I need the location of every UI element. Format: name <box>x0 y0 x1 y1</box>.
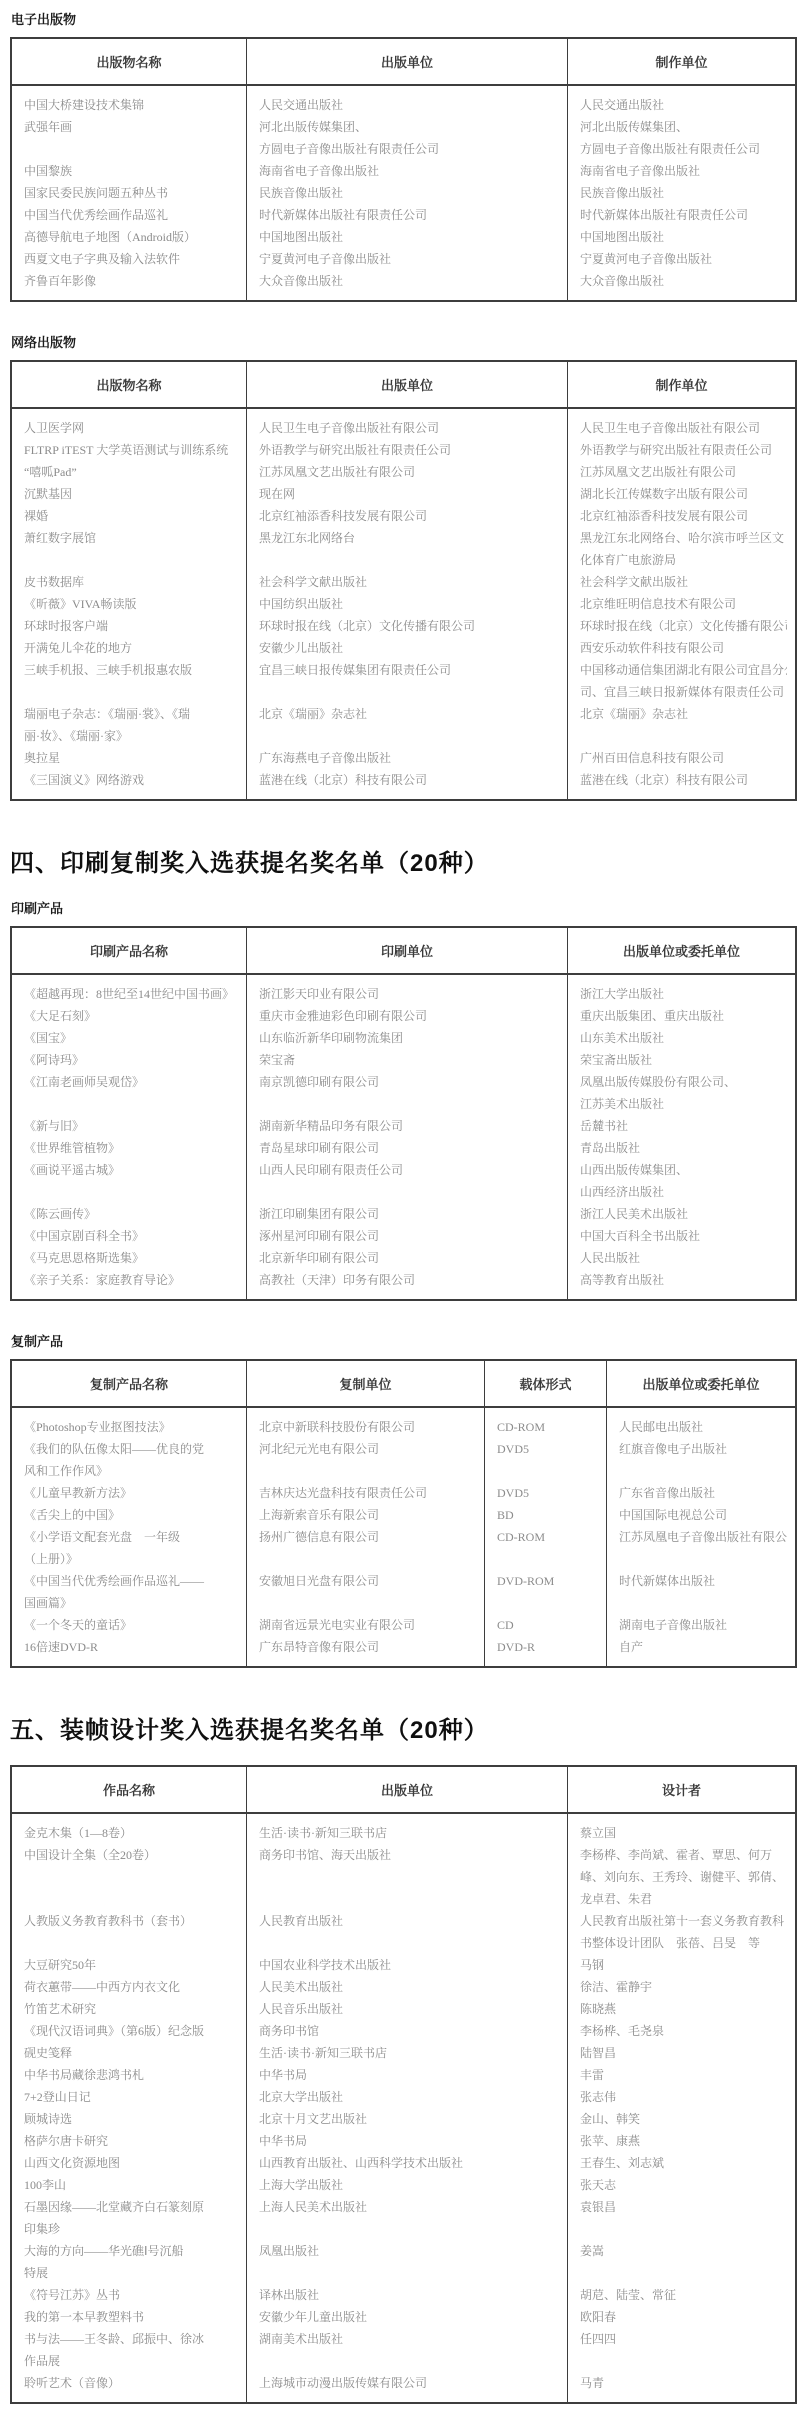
table-line: 环球时报在线（北京）文化传播有限公司 <box>580 615 787 637</box>
column-header: 出版单位或委托单位 <box>568 927 797 974</box>
table-line <box>619 1548 787 1570</box>
table-line: 化体育广电旅游局 <box>580 549 787 571</box>
table-line: 商务印书馆 <box>259 2020 559 2042</box>
table-line <box>259 1093 559 1115</box>
table-line: 高教社（天津）印务有限公司 <box>259 1269 559 1291</box>
table-line <box>259 1866 559 1888</box>
section-label-replication-products: 复制产品 <box>11 1331 800 1350</box>
table-cell: 《超越再现：8世纪至14世纪中国书画》《大足石刻》《国宝》《阿诗玛》《江南老画师… <box>11 974 247 1300</box>
table-line: 时代新媒体出版社 <box>619 1570 787 1592</box>
table-line <box>24 1093 238 1115</box>
table-line: 《江南老画师吴观岱》 <box>24 1071 238 1093</box>
table-line <box>497 1460 598 1482</box>
table-line: 江苏凤凰文艺出版社有限公司 <box>580 461 787 483</box>
table-line: 金山、韩笑 <box>580 2108 787 2130</box>
section-label-electronic-publications: 电子出版物 <box>11 9 800 28</box>
section-label-online-publications: 网络出版物 <box>11 332 800 351</box>
table-line: 中国大桥建设技术集锦 <box>24 94 238 116</box>
table-line: 山东美术出版社 <box>580 1027 787 1049</box>
column-header: 复制产品名称 <box>11 1360 247 1407</box>
table-line: 商务印书馆、海天出版社 <box>259 1844 559 1866</box>
table-line: 岳麓书社 <box>580 1115 787 1137</box>
table-line <box>24 138 238 160</box>
table-line: 河北出版传媒集团、 <box>580 116 787 138</box>
table-line: 人民教育出版社 <box>259 1910 559 1932</box>
table-line: 徐洁、霍静宇 <box>580 1976 787 1998</box>
table-header-row: 复制产品名称复制单位载体形式出版单位或委托单位 <box>11 1360 796 1407</box>
table-line <box>619 1592 787 1614</box>
table-line: 大众音像出版社 <box>259 270 559 292</box>
table-line: 湖南电子音像出版社 <box>619 1614 787 1636</box>
table-line: 瑞丽电子杂志：《瑞丽·裳》、《瑞 <box>24 703 238 725</box>
table-line <box>24 1932 238 1954</box>
table-line: 100李山 <box>24 2174 238 2196</box>
table-line: BD <box>497 1504 598 1526</box>
table-line: 金克木集（1—8卷） <box>24 1822 238 1844</box>
table-line: 中国大百科全书出版社 <box>580 1225 787 1247</box>
table-line: “嘻呱Pad” <box>24 461 238 483</box>
table-line: 《符号江苏》丛书 <box>24 2284 238 2306</box>
section-label-print-products: 印刷产品 <box>11 898 800 917</box>
table-line: 山西人民印刷有限责任公司 <box>259 1159 559 1181</box>
table-line: 胡苨、陆莹、常征 <box>580 2284 787 2306</box>
table-line: 生活·读书·新知三联书店 <box>259 1822 559 1844</box>
table-header-row: 作品名称出版单位设计者 <box>11 1766 796 1813</box>
table-line: 中国当代优秀绘画作品巡礼 <box>24 204 238 226</box>
table-cell: 生活·读书·新知三联书店商务印书馆、海天出版社 人民教育出版社 中国农业科学技术… <box>247 1813 568 2403</box>
table-line: 安徽旭日光盘有限公司 <box>259 1570 476 1592</box>
table-line: 山西经济出版社 <box>580 1181 787 1203</box>
table-line: 欧阳春 <box>580 2306 787 2328</box>
table-line: 《三国演义》网络游戏 <box>24 769 238 791</box>
column-header: 出版单位 <box>247 38 568 85</box>
table-line <box>24 1181 238 1203</box>
table-line: 16倍速DVD-R <box>24 1636 238 1658</box>
table-line: 现在网 <box>259 483 559 505</box>
table-line: 张志伟 <box>580 2086 787 2108</box>
table-line: 环球时报客户端 <box>24 615 238 637</box>
table-line: 姜嵩 <box>580 2240 787 2262</box>
table-line: 印集珍 <box>24 2218 238 2240</box>
table-line: 红旗音像电子出版社 <box>619 1438 787 1460</box>
table-line: 山西教育出版社、山西科学技术出版社 <box>259 2152 559 2174</box>
table-line: 马青 <box>580 2372 787 2394</box>
table-line: DVD5 <box>497 1482 598 1504</box>
table-line <box>497 1548 598 1570</box>
table-line: 宜昌三峡日报传媒集团有限责任公司 <box>259 659 559 681</box>
table-line: 任四四 <box>580 2328 787 2350</box>
table-cell: 中国大桥建设技术集锦武强年画 中国黎族国家民委民族问题五种丛书中国当代优秀绘画作… <box>11 85 247 301</box>
table-line: 《中国京剧百科全书》 <box>24 1225 238 1247</box>
table-line: 高等教育出版社 <box>580 1269 787 1291</box>
table-line: 广东省音像出版社 <box>619 1482 787 1504</box>
table-line: 社会科学文献出版社 <box>580 571 787 593</box>
table-line: 《亲子关系：家庭教育导论》 <box>24 1269 238 1291</box>
table-cell: 人卫医学网FLTRP iTEST 大学英语测试与训练系统“嘻呱Pad”沉默基因裸… <box>11 408 247 800</box>
table-line: 湖南美术出版社 <box>259 2328 559 2350</box>
table-line: 张苹、康燕 <box>580 2130 787 2152</box>
table-line: 《现代汉语词典》（第6版）纪念版 <box>24 2020 238 2042</box>
table-line <box>619 1460 787 1482</box>
table-cell: 人民卫生电子音像出版社有限公司外语教学与研究出版社有限责任公司江苏凤凰文艺出版社… <box>568 408 797 800</box>
table-line: 民族音像出版社 <box>580 182 787 204</box>
table-line: 龙卓君、朱君 <box>580 1888 787 1910</box>
table-line: 湖南新华精品印务有限公司 <box>259 1115 559 1137</box>
table-line: 《国宝》 <box>24 1027 238 1049</box>
table-line <box>580 2350 787 2372</box>
table-line: DVD-R <box>497 1636 598 1658</box>
table-line: 湖北长江传媒数字出版有限公司 <box>580 483 787 505</box>
table-line: 人教版义务教育教科书（套书） <box>24 1910 238 1932</box>
table-line <box>259 1888 559 1910</box>
table-line: 三峡手机报、三峡手机报惠农版 <box>24 659 238 681</box>
table-line: 青岛星球印刷有限公司 <box>259 1137 559 1159</box>
table-line: 《画说平遥古城》 <box>24 1159 238 1181</box>
table-cell: 金克木集（1—8卷）中国设计全集（全20卷） 人教版义务教育教科书（套书） 大豆… <box>11 1813 247 2403</box>
table-line: 社会科学文献出版社 <box>259 571 559 593</box>
table-line: 王春生、刘志斌 <box>580 2152 787 2174</box>
table-line: 安徽少年儿童出版社 <box>259 2306 559 2328</box>
table-line <box>580 2218 787 2240</box>
table-line <box>259 2218 559 2240</box>
table-line: 人民美术出版社 <box>259 1976 559 1998</box>
table-line: DVD-ROM <box>497 1570 598 1592</box>
column-header: 出版单位或委托单位 <box>607 1360 797 1407</box>
table-line: 格萨尔唐卡研究 <box>24 2130 238 2152</box>
table-line: 涿州星河印刷有限公司 <box>259 1225 559 1247</box>
table-line: 西夏文电子字典及输入法软件 <box>24 248 238 270</box>
table-cell: 人民邮电出版社红旗音像电子出版社 广东省音像出版社中国国际电视总公司江苏凤凰电子… <box>607 1407 797 1667</box>
table-line: 宁夏黄河电子音像出版社 <box>259 248 559 270</box>
table-line: 风和工作作风》 <box>24 1460 238 1482</box>
table-line: 特展 <box>24 2262 238 2284</box>
table-header-row: 出版物名称出版单位制作单位 <box>11 361 796 408</box>
table-line: FLTRP iTEST 大学英语测试与训练系统 <box>24 439 238 461</box>
electronic-publications-table: 出版物名称出版单位制作单位中国大桥建设技术集锦武强年画 中国黎族国家民委民族问题… <box>10 37 797 302</box>
table-line <box>497 1592 598 1614</box>
table-line: 蔡立国 <box>580 1822 787 1844</box>
column-header: 出版单位 <box>247 361 568 408</box>
table-line: 张天志 <box>580 2174 787 2196</box>
table-header-row: 印刷产品名称印刷单位出版单位或委托单位 <box>11 927 796 974</box>
table-line: 《小学语文配套光盘 一年级 <box>24 1526 238 1548</box>
table-line: 《新与旧》 <box>24 1115 238 1137</box>
table-line: 7+2登山日记 <box>24 2086 238 2108</box>
column-header: 印刷单位 <box>247 927 568 974</box>
table-line: 李杨桦、毛尧泉 <box>580 2020 787 2042</box>
binding-design-table: 作品名称出版单位设计者金克木集（1—8卷）中国设计全集（全20卷） 人教版义务教… <box>10 1765 797 2404</box>
table-line: 北京十月文艺出版社 <box>259 2108 559 2130</box>
table-line: 奥拉星 <box>24 747 238 769</box>
table-line: 《马克思恩格斯选集》 <box>24 1247 238 1269</box>
column-header: 复制单位 <box>247 1360 485 1407</box>
table-line: 山西出版传媒集团、 <box>580 1159 787 1181</box>
column-header: 设计者 <box>568 1766 797 1813</box>
table-cell: 人民交通出版社河北出版传媒集团、方圆电子音像出版社有限责任公司海南省电子音像出版… <box>247 85 568 301</box>
table-line: 河北纪元光电有限公司 <box>259 1438 476 1460</box>
column-header: 载体形式 <box>485 1360 607 1407</box>
table-line: 中国纺织出版社 <box>259 593 559 615</box>
table-line: 砚史笺释 <box>24 2042 238 2064</box>
table-line: 人民交通出版社 <box>580 94 787 116</box>
table-line: CD-ROM <box>497 1416 598 1438</box>
table-line: 荣宝斋出版社 <box>580 1049 787 1071</box>
print-products-table: 印刷产品名称印刷单位出版单位或委托单位《超越再现：8世纪至14世纪中国书画》《大… <box>10 926 797 1301</box>
table-line: 顾城诗选 <box>24 2108 238 2130</box>
table-line: 北京《瑞丽》杂志社 <box>259 703 559 725</box>
table-line: 扬州广德信息有限公司 <box>259 1526 476 1548</box>
table-line: 裸婚 <box>24 505 238 527</box>
table-line: 时代新媒体出版社有限责任公司 <box>259 204 559 226</box>
table-line: 安徽少儿出版社 <box>259 637 559 659</box>
table-line: 凤凰出版传媒股份有限公司、 <box>580 1071 787 1093</box>
table-line: 李杨桦、李尚斌、霍者、覃思、何万 <box>580 1844 787 1866</box>
table-line: 黑龙江东北网络台、哈尔滨市呼兰区文 <box>580 527 787 549</box>
table-line: 马钢 <box>580 1954 787 1976</box>
column-header: 出版物名称 <box>11 38 247 85</box>
table-line: 国家民委民族问题五种丛书 <box>24 182 238 204</box>
table-line: 青岛出版社 <box>580 1137 787 1159</box>
table-line: 《中国当代优秀绘画作品巡礼—— <box>24 1570 238 1592</box>
table-line: 广东海燕电子音像出版社 <box>259 747 559 769</box>
table-line: 环球时报在线（北京）文化传播有限公司 <box>259 615 559 637</box>
table-line: 书整体设计团队 张蓓、吕旻 等 <box>580 1932 787 1954</box>
table-line: 高德导航电子地图（Android版） <box>24 226 238 248</box>
table-line: 中华书局 <box>259 2130 559 2152</box>
table-line: 人卫医学网 <box>24 417 238 439</box>
table-line: 武强年画 <box>24 116 238 138</box>
table-line: 湖南省远景光电实业有限公司 <box>259 1614 476 1636</box>
table-line: 作品展 <box>24 2350 238 2372</box>
table-line: 西安乐动软件科技有限公司 <box>580 637 787 659</box>
replication-products-table: 复制产品名称复制单位载体形式出版单位或委托单位《Photoshop专业抠图技法》… <box>10 1359 797 1668</box>
table-cell: 《Photoshop专业抠图技法》《我们的队伍像太阳——优良的党风和工作作风》《… <box>11 1407 247 1667</box>
table-line: 《陈云画传》 <box>24 1203 238 1225</box>
table-line: 中华书局藏徐悲鸿书札 <box>24 2064 238 2086</box>
table-row: 金克木集（1—8卷）中国设计全集（全20卷） 人教版义务教育教科书（套书） 大豆… <box>11 1813 796 2403</box>
table-line: 上海人民美术出版社 <box>259 2196 559 2218</box>
table-cell: 人民交通出版社河北出版传媒集团、方圆电子音像出版社有限责任公司海南省电子音像出版… <box>568 85 797 301</box>
heading-print-replication-award: 四、印刷复制奖入选获提名奖名单（20种） <box>10 843 800 878</box>
table-line: 人民交通出版社 <box>259 94 559 116</box>
table-line: 袁银昌 <box>580 2196 787 2218</box>
table-line <box>24 1866 238 1888</box>
table-line: 中华书局 <box>259 2064 559 2086</box>
table-cell: CD-ROMDVD5 DVD5BDCD-ROM DVD-ROM CDDVD-R <box>485 1407 607 1667</box>
table-line: 《我们的队伍像太阳——优良的党 <box>24 1438 238 1460</box>
table-line: 生活·读书·新知三联书店 <box>259 2042 559 2064</box>
table-line: 北京中新联科技股份有限公司 <box>259 1416 476 1438</box>
table-line: 广东昂特音像有限公司 <box>259 1636 476 1658</box>
table-line: 中国移动通信集团湖北有限公司宜昌分公 <box>580 659 787 681</box>
table-line: 中国国际电视总公司 <box>619 1504 787 1526</box>
table-line: 浙江人民美术出版社 <box>580 1203 787 1225</box>
table-line <box>580 2262 787 2284</box>
table-cell: 浙江影天印业有限公司重庆市金雅迪彩色印刷有限公司山东临沂新华印刷物流集团荣宝斋南… <box>247 974 568 1300</box>
table-header-row: 出版物名称出版单位制作单位 <box>11 38 796 85</box>
table-line: 人民卫生电子音像出版社有限公司 <box>580 417 787 439</box>
table-line: 我的第一本早教塑料书 <box>24 2306 238 2328</box>
column-header: 印刷产品名称 <box>11 927 247 974</box>
column-header: 出版单位 <box>247 1766 568 1813</box>
table-line <box>259 2350 559 2372</box>
table-line: 蓝港在线（北京）科技有限公司 <box>580 769 787 791</box>
table-line <box>259 681 559 703</box>
table-line: 书与法——王冬龄、邱振中、徐冰 <box>24 2328 238 2350</box>
table-line <box>259 725 559 747</box>
table-line: 大豆研究50年 <box>24 1954 238 1976</box>
table-line: 石墨因缘——北堂藏齐白石篆刻原 <box>24 2196 238 2218</box>
table-line: 译林出版社 <box>259 2284 559 2306</box>
table-line <box>24 549 238 571</box>
table-line: 外语教学与研究出版社有限责任公司 <box>580 439 787 461</box>
column-header: 制作单位 <box>568 361 797 408</box>
table-cell: 北京中新联科技股份有限公司河北纪元光电有限公司 吉林庆达光盘科技有限责任公司上海… <box>247 1407 485 1667</box>
table-line: 沉默基因 <box>24 483 238 505</box>
table-line: 荷衣蕙带——中西方内衣文化 <box>24 1976 238 1998</box>
column-header: 制作单位 <box>568 38 797 85</box>
table-line: CD-ROM <box>497 1526 598 1548</box>
table-line: 重庆市金雅迪彩色印刷有限公司 <box>259 1005 559 1027</box>
table-line: 皮书数据库 <box>24 571 238 593</box>
table-line <box>259 1932 559 1954</box>
table-line: 《Photoshop专业抠图技法》 <box>24 1416 238 1438</box>
table-line: 外语教学与研究出版社有限责任公司 <box>259 439 559 461</box>
document-page: 电子出版物 出版物名称出版单位制作单位中国大桥建设技术集锦武强年画 中国黎族国家… <box>0 0 800 2432</box>
table-line: 重庆出版集团、重庆出版社 <box>580 1005 787 1027</box>
table-line: 丽·妆》、《瑞丽·家》 <box>24 725 238 747</box>
table-line: 海南省电子音像出版社 <box>580 160 787 182</box>
table-line <box>259 1460 476 1482</box>
table-line: 蓝港在线（北京）科技有限公司 <box>259 769 559 791</box>
table-line: 人民邮电出版社 <box>619 1416 787 1438</box>
heading-binding-design-award: 五、装帧设计奖入选获提名奖名单（20种） <box>10 1710 800 1745</box>
table-line: 山东临沂新华印刷物流集团 <box>259 1027 559 1049</box>
table-cell: 人民卫生电子音像出版社有限公司外语教学与研究出版社有限责任公司江苏凤凰文艺出版社… <box>247 408 568 800</box>
table-line: 北京新华印刷有限公司 <box>259 1247 559 1269</box>
table-line: 广州百田信息科技有限公司 <box>580 747 787 769</box>
table-line: 《世界维管植物》 <box>24 1137 238 1159</box>
table-line: 中国黎族 <box>24 160 238 182</box>
table-line: 凤凰出版社 <box>259 2240 559 2262</box>
table-line: 江苏美术出版社 <box>580 1093 787 1115</box>
table-line: 中国地图出版社 <box>580 226 787 248</box>
column-header: 作品名称 <box>11 1766 247 1813</box>
table-line: （上册）》 <box>24 1548 238 1570</box>
table-line: 方圆电子音像出版社有限责任公司 <box>259 138 559 160</box>
table-line: 北京红袖添香科技发展有限公司 <box>259 505 559 527</box>
table-line: 人民音乐出版社 <box>259 1998 559 2020</box>
table-line: 陈晓燕 <box>580 1998 787 2020</box>
table-line: 浙江印刷集团有限公司 <box>259 1203 559 1225</box>
table-line: 《阿诗玛》 <box>24 1049 238 1071</box>
table-line: 大海的方向——华光礁Ⅰ号沉船 <box>24 2240 238 2262</box>
table-line: 海南省电子音像出版社 <box>259 160 559 182</box>
table-line: 聆听艺术（音像） <box>24 2372 238 2394</box>
table-line: 北京大学出版社 <box>259 2086 559 2108</box>
table-line: 河北出版传媒集团、 <box>259 116 559 138</box>
table-line: 山西文化资源地图 <box>24 2152 238 2174</box>
table-line: 中国地图出版社 <box>259 226 559 248</box>
table-line <box>259 1181 559 1203</box>
table-row: 人卫医学网FLTRP iTEST 大学英语测试与训练系统“嘻呱Pad”沉默基因裸… <box>11 408 796 800</box>
table-line: 中国设计全集（全20卷） <box>24 1844 238 1866</box>
table-line: CD <box>497 1614 598 1636</box>
table-line: 浙江大学出版社 <box>580 983 787 1005</box>
table-line: 丰雷 <box>580 2064 787 2086</box>
table-line: 方圆电子音像出版社有限责任公司 <box>580 138 787 160</box>
table-line: 浙江影天印业有限公司 <box>259 983 559 1005</box>
table-line: 人民卫生电子音像出版社有限公司 <box>259 417 559 439</box>
table-line: 上海新索音乐有限公司 <box>259 1504 476 1526</box>
table-cell: 浙江大学出版社重庆出版集团、重庆出版社山东美术出版社荣宝斋出版社凤凰出版传媒股份… <box>568 974 797 1300</box>
table-line <box>259 1592 476 1614</box>
table-line: 《舌尖上的中国》 <box>24 1504 238 1526</box>
table-line: 《昕薇》VIVA畅读版 <box>24 593 238 615</box>
table-line: 国画篇》 <box>24 1592 238 1614</box>
table-line: 人民教育出版社第十一套义务教育教科 <box>580 1910 787 1932</box>
table-line: 司、宜昌三峡日报新媒体有限责任公司 <box>580 681 787 703</box>
table-line: 陆智昌 <box>580 2042 787 2064</box>
table-line: 《超越再现：8世纪至14世纪中国书画》 <box>24 983 238 1005</box>
table-line: 大众音像出版社 <box>580 270 787 292</box>
table-line: 人民出版社 <box>580 1247 787 1269</box>
table-line <box>24 681 238 703</box>
table-line <box>24 1888 238 1910</box>
table-line: 江苏凤凰电子音像出版社有限公司 <box>619 1526 787 1548</box>
table-line: 《大足石刻》 <box>24 1005 238 1027</box>
table-line: 北京红袖添香科技发展有限公司 <box>580 505 787 527</box>
online-publications-table: 出版物名称出版单位制作单位人卫医学网FLTRP iTEST 大学英语测试与训练系… <box>10 360 797 801</box>
table-line: 上海大学出版社 <box>259 2174 559 2196</box>
table-row: 《超越再现：8世纪至14世纪中国书画》《大足石刻》《国宝》《阿诗玛》《江南老画师… <box>11 974 796 1300</box>
table-line: 上海城市动漫出版传媒有限公司 <box>259 2372 559 2394</box>
table-line: 开满兔儿伞花的地方 <box>24 637 238 659</box>
table-line: 北京《瑞丽》杂志社 <box>580 703 787 725</box>
table-line: 《儿童早教新方法》 <box>24 1482 238 1504</box>
table-line: 《一个冬天的童话》 <box>24 1614 238 1636</box>
table-line: 荣宝斋 <box>259 1049 559 1071</box>
table-line: 中国农业科学技术出版社 <box>259 1954 559 1976</box>
table-line <box>259 2262 559 2284</box>
table-line: 萧红数字展馆 <box>24 527 238 549</box>
table-line: 时代新媒体出版社有限责任公司 <box>580 204 787 226</box>
table-cell: 蔡立国李杨桦、李尚斌、霍者、覃思、何万峰、刘向东、王秀玲、谢健平、郭倩、龙卓君、… <box>568 1813 797 2403</box>
table-line: 北京维旺明信息技术有限公司 <box>580 593 787 615</box>
table-line: 自产 <box>619 1636 787 1658</box>
table-line: DVD5 <box>497 1438 598 1460</box>
table-line: 江苏凤凰文艺出版社有限公司 <box>259 461 559 483</box>
table-line <box>259 549 559 571</box>
table-line: 宁夏黄河电子音像出版社 <box>580 248 787 270</box>
table-line: 吉林庆达光盘科技有限责任公司 <box>259 1482 476 1504</box>
table-line: 民族音像出版社 <box>259 182 559 204</box>
table-row: 中国大桥建设技术集锦武强年画 中国黎族国家民委民族问题五种丛书中国当代优秀绘画作… <box>11 85 796 301</box>
column-header: 出版物名称 <box>11 361 247 408</box>
table-line <box>259 1548 476 1570</box>
table-line: 竹笛艺术研究 <box>24 1998 238 2020</box>
table-line <box>580 725 787 747</box>
table-line: 齐鲁百年影像 <box>24 270 238 292</box>
table-line: 黑龙江东北网络台 <box>259 527 559 549</box>
table-row: 《Photoshop专业抠图技法》《我们的队伍像太阳——优良的党风和工作作风》《… <box>11 1407 796 1667</box>
table-line: 峰、刘向东、王秀玲、谢健平、郭倩、 <box>580 1866 787 1888</box>
table-line: 南京凯德印刷有限公司 <box>259 1071 559 1093</box>
